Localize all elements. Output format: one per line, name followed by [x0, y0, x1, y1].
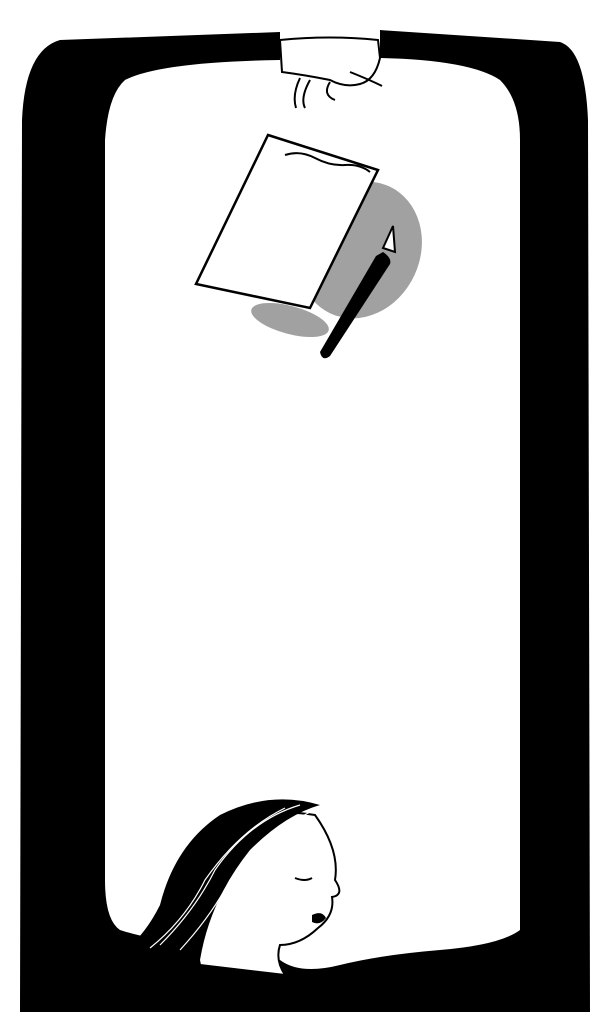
woman-head [125, 799, 339, 975]
clasped-hands [280, 38, 382, 109]
illustration [0, 0, 606, 1024]
